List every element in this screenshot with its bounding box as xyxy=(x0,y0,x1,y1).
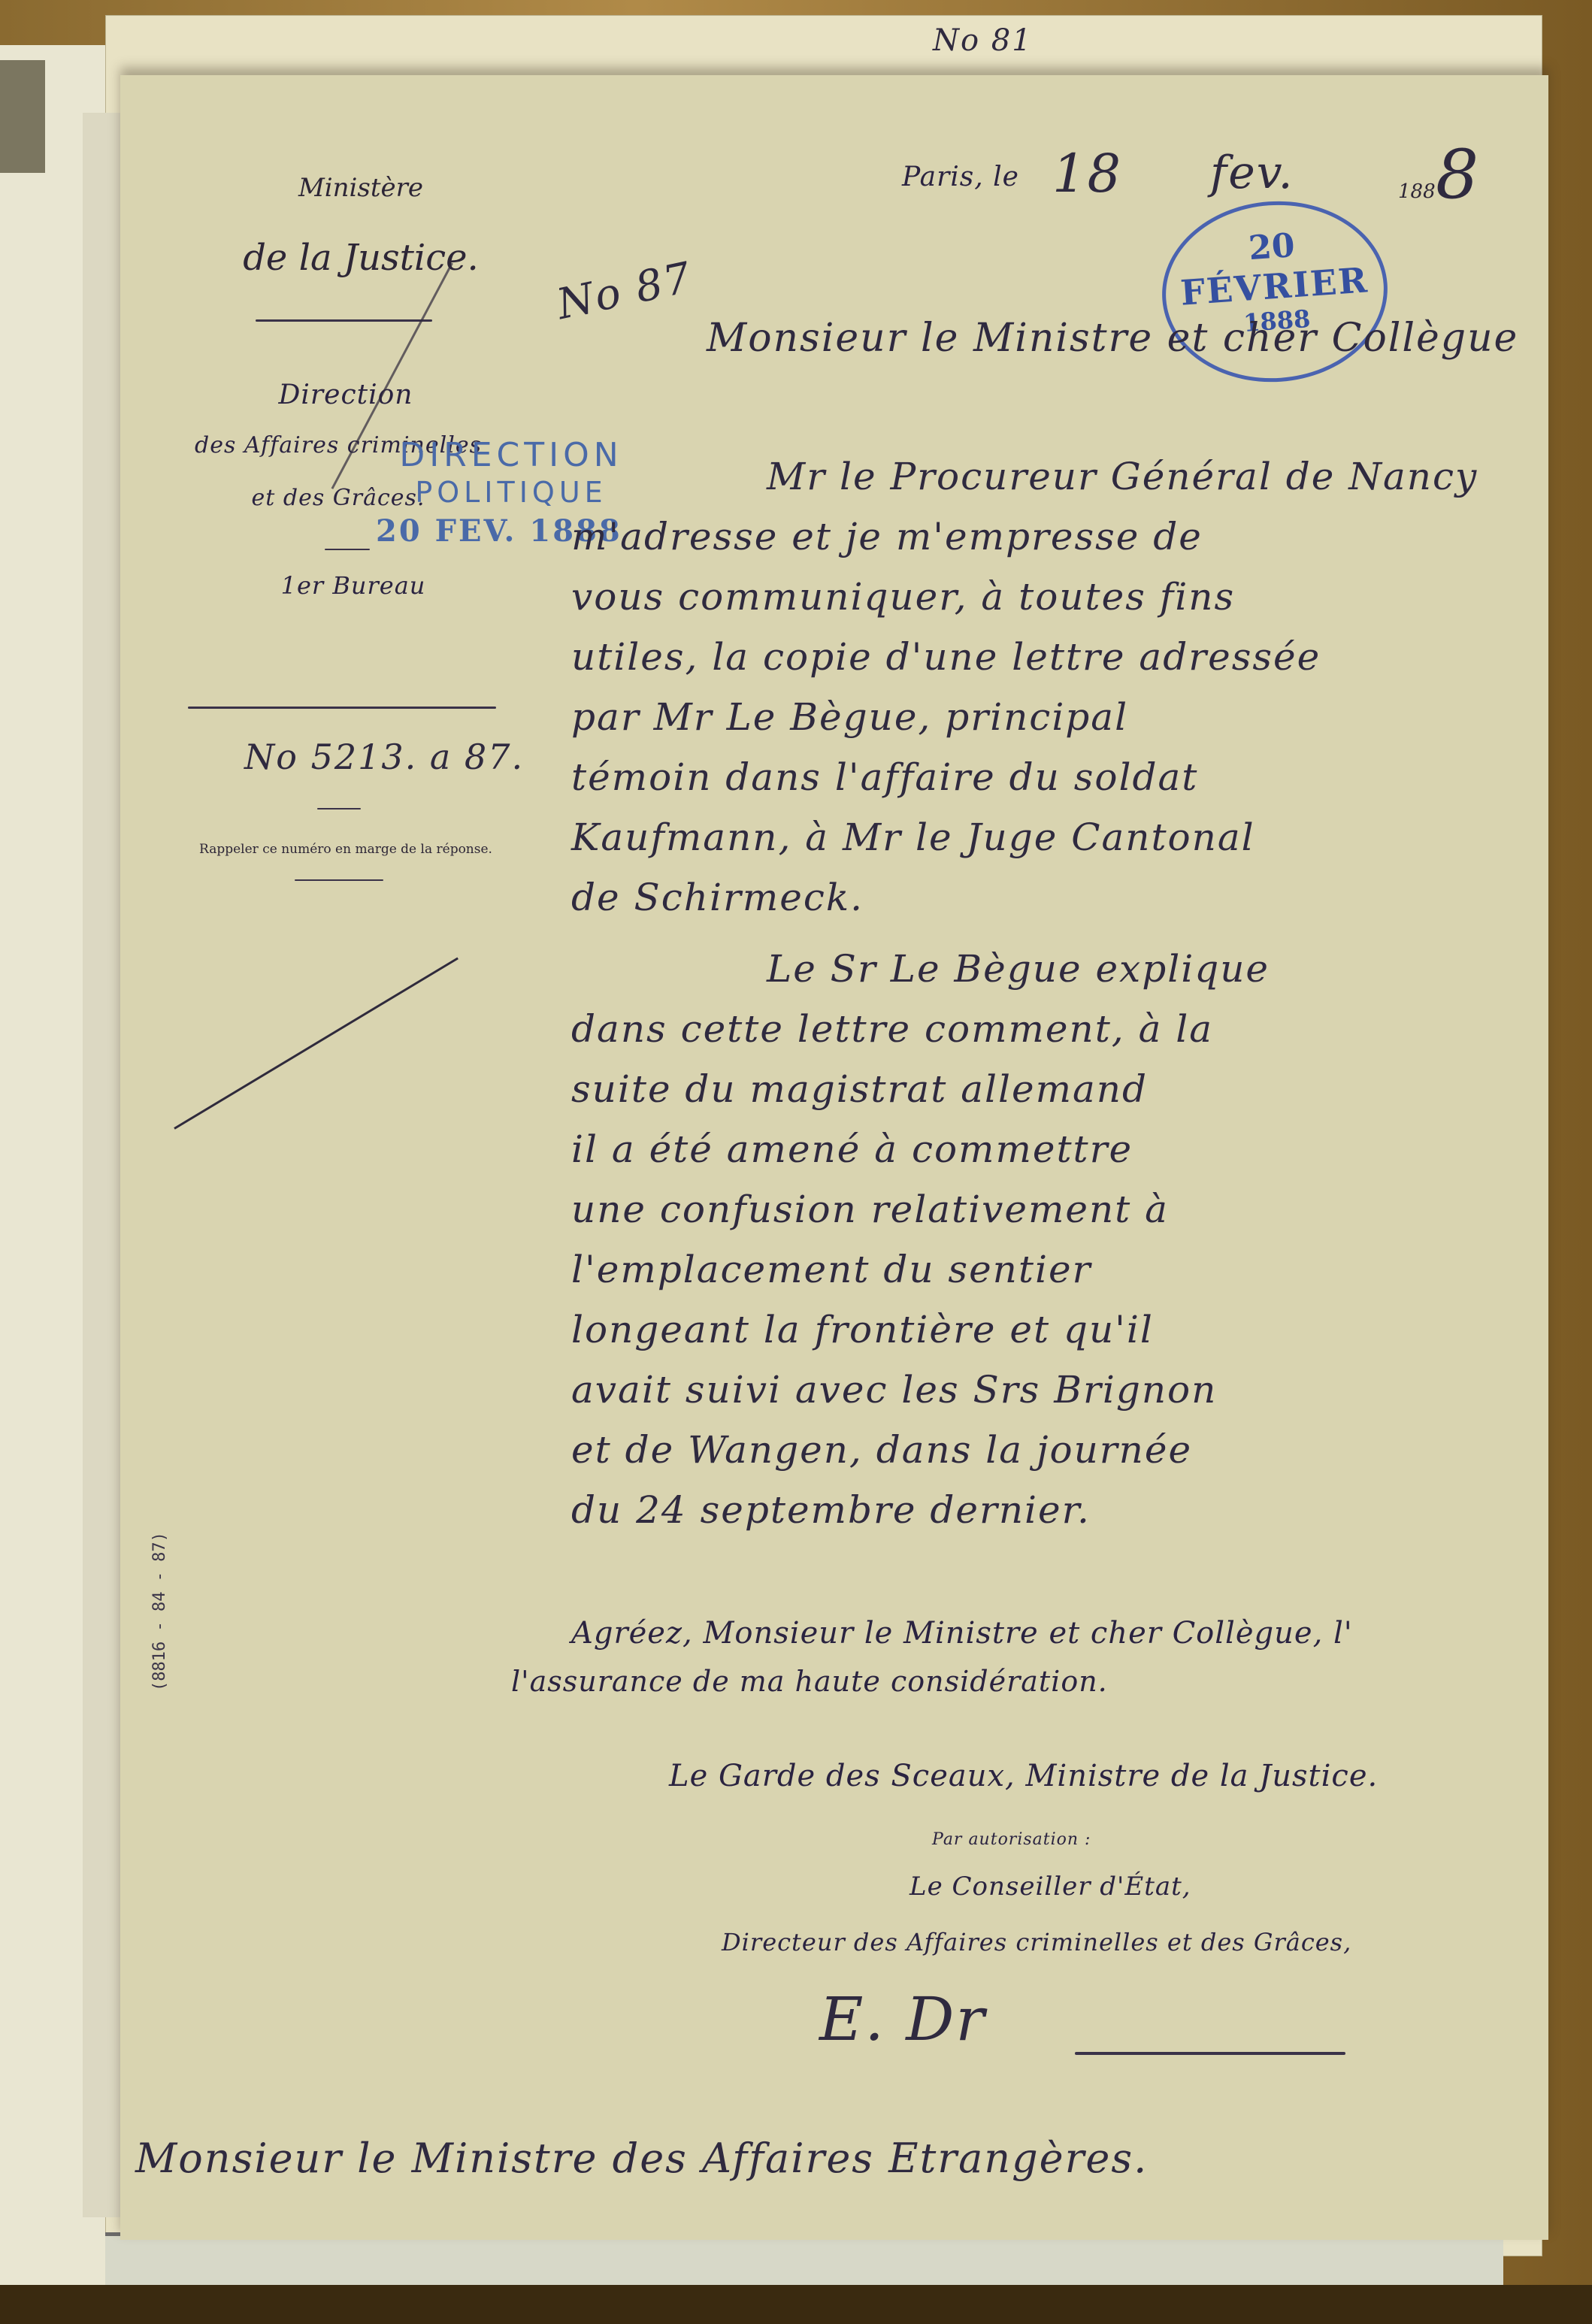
annotation-number: No 87 xyxy=(552,253,696,329)
body-line: témoin dans l'affaire du soldat xyxy=(571,755,1198,799)
body-line: m'adresse et je m'empresse de xyxy=(571,515,1203,558)
body-line: Kaufmann, à Mr le Juge Cantonal xyxy=(571,816,1255,859)
letter-page: Ministère de la Justice. Direction des A… xyxy=(120,75,1548,2240)
short-rule-2 xyxy=(317,808,361,809)
folder-tab xyxy=(0,60,45,173)
date-year-suffix: 8 xyxy=(1436,135,1480,214)
signature: E. Dr xyxy=(819,1984,986,2054)
body-line: Le Sr Le Bègue explique xyxy=(767,947,1270,991)
short-rule xyxy=(325,549,370,550)
margin-diagonal-stroke xyxy=(174,958,459,1130)
stamp-line2: POLITIQUE xyxy=(353,476,669,509)
body-line: suite du magistrat allemand xyxy=(571,1067,1148,1111)
body-line: par Mr Le Bègue, principal xyxy=(571,695,1128,739)
body-line: avait suivi avec les Srs Brignon xyxy=(571,1368,1217,1412)
councillor-label: Le Conseiller d'État, xyxy=(909,1872,1191,1902)
body-line: du 24 septembre dernier. xyxy=(571,1488,1091,1532)
body-line: dans cette lettre comment, à la xyxy=(571,1007,1213,1051)
closing-assurance: l'assurance de ma haute considération. xyxy=(511,1665,1108,1698)
body-line: vous communiquer, à toutes fins xyxy=(571,575,1235,619)
body-line: longeant la frontière et qu'il xyxy=(571,1308,1154,1351)
bureau-label: 1er Bureau xyxy=(241,571,466,600)
date-day: 18 xyxy=(1052,143,1122,204)
body-line: l'emplacement du sentier xyxy=(571,1248,1091,1291)
closing-formula: Agréez, Monsieur le Ministre et cher Col… xyxy=(571,1616,1353,1651)
body-line: utiles, la copie d'une lettre adressée xyxy=(571,635,1321,679)
authorization-label: Par autorisation : xyxy=(932,1830,1091,1849)
ornamental-rule xyxy=(256,319,432,322)
salutation: Monsieur le Ministre et cher Collègue xyxy=(707,316,1518,361)
print-code: (8816 - 84 - 87) xyxy=(150,1532,169,1691)
ornamental-rule-2 xyxy=(188,707,496,709)
desk-edge xyxy=(0,2285,1592,2324)
direction-line1: Direction xyxy=(256,380,436,410)
stacked-sheets-edge xyxy=(105,2232,1503,2292)
ornamental-rule-3 xyxy=(295,879,383,881)
signature-flourish xyxy=(1075,2052,1345,2055)
ministry-line1: Ministère xyxy=(256,173,466,203)
body-line: et de Wangen, dans la journée xyxy=(571,1428,1192,1472)
addressee: Monsieur le Ministre des Affaires Etrang… xyxy=(135,2135,1148,2182)
reference-number: No 5213. a 87. xyxy=(244,737,524,777)
ministry-line2: de la Justice. xyxy=(203,237,519,279)
body-line: il a été amené à commettre xyxy=(571,1127,1133,1171)
date-year-prefix: 188 xyxy=(1398,180,1436,203)
body-line: Mr le Procureur Général de Nancy xyxy=(767,455,1478,498)
body-line: de Schirmeck. xyxy=(571,876,864,919)
body-line: une confusion relativement à xyxy=(571,1188,1169,1231)
reference-note: Rappeler ce numéro en marge de la répons… xyxy=(180,842,511,857)
director-label: Directeur des Affaires criminelles et de… xyxy=(722,1928,1351,1956)
signatory-title: Le Garde des Sceaux, Ministre de la Just… xyxy=(669,1759,1378,1793)
top-sheet-note: No 81 xyxy=(933,23,1033,58)
date-month: fev. xyxy=(1210,147,1294,199)
date-place: Paris, le xyxy=(902,162,1019,192)
stamp-line1: DIRECTION xyxy=(353,436,669,474)
